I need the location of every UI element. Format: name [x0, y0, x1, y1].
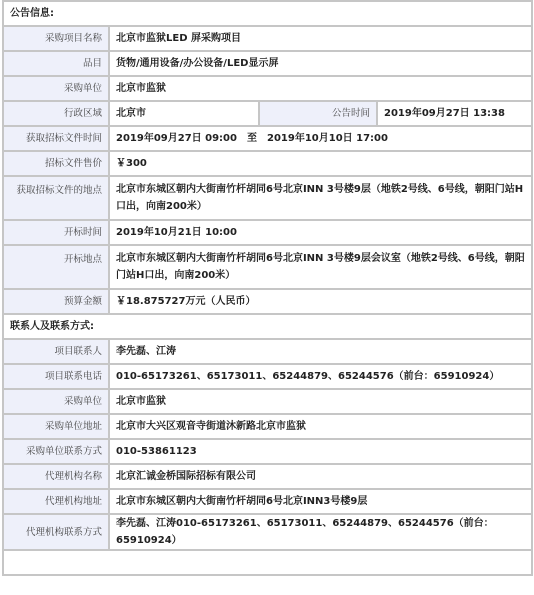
row-project-name: 采购项目名称 北京市监狱LED 屏采购项目: [3, 26, 532, 51]
label-agency-name: 代理机构名称: [3, 464, 109, 489]
row-purchaser-phone: 采购单位联系方式 010-53861123: [3, 439, 532, 464]
section-row-notice: 公告信息:: [3, 1, 532, 26]
label-budget: 预算金额: [3, 289, 109, 314]
row-project-phone: 项目联系电话 010-65173261、65173011、65244879、65…: [3, 364, 532, 389]
label-purchaser: 采购单位: [3, 76, 109, 101]
label-doc-price: 招标文件售价: [3, 151, 109, 176]
trailing-empty-cell: [3, 550, 532, 575]
label-open-time: 开标时间: [3, 220, 109, 245]
value-agency-address: 北京市东城区朝内大街南竹杆胡同6号北京INN3号楼9层: [109, 489, 532, 514]
row-agency-contact: 代理机构联系方式 李先磊、江涛010-65173261、65173011、652…: [3, 514, 532, 550]
label-agency-address: 代理机构地址: [3, 489, 109, 514]
doc-time-end: 2019年10月10日 17:00: [267, 133, 388, 144]
doc-time-start: 2019年09月27日 09:00: [116, 133, 237, 144]
value-agency-name: 北京汇诚金桥国际招标有限公司: [109, 464, 532, 489]
label-region: 行政区域: [3, 101, 109, 126]
value-agency-contact: 李先磊、江涛010-65173261、65173011、65244879、652…: [109, 514, 532, 550]
label-purchaser-address: 采购单位地址: [3, 414, 109, 439]
section-title-notice-info: 公告信息:: [3, 1, 532, 26]
value-project-contact: 李先磊、江涛: [109, 339, 532, 364]
label-category: 品目: [3, 51, 109, 76]
label-agency-contact: 代理机构联系方式: [3, 514, 109, 550]
value-publish-time: 2019年09月27日 13:38: [377, 101, 532, 126]
value-region: 北京市: [109, 101, 259, 126]
row-doc-price: 招标文件售价 ￥300: [3, 151, 532, 176]
row-agency-name: 代理机构名称 北京汇诚金桥国际招标有限公司: [3, 464, 532, 489]
value-open-location: 北京市东城区朝内大街南竹杆胡同6号北京INN 3号楼9层会议室（地铁2号线、6号…: [109, 245, 532, 289]
notice-table: 公告信息: 采购项目名称 北京市监狱LED 屏采购项目 品目 货物/通用设备/办…: [2, 0, 533, 576]
doc-time-separator: 至: [247, 130, 257, 147]
row-doc-location: 获取招标文件的地点 北京市东城区朝内大街南竹杆胡同6号北京INN 3号楼9层（地…: [3, 176, 532, 220]
section-row-contacts: 联系人及联系方式:: [3, 314, 532, 339]
label-contact-purchaser: 采购单位: [3, 389, 109, 414]
row-purchaser: 采购单位 北京市监狱: [3, 76, 532, 101]
row-open-time: 开标时间 2019年10月21日 10:00: [3, 220, 532, 245]
label-project-phone: 项目联系电话: [3, 364, 109, 389]
value-doc-location: 北京市东城区朝内大街南竹杆胡同6号北京INN 3号楼9层（地铁2号线、6号线，朝…: [109, 176, 532, 220]
label-project-name: 采购项目名称: [3, 26, 109, 51]
value-contact-purchaser: 北京市监狱: [109, 389, 532, 414]
row-agency-address: 代理机构地址 北京市东城区朝内大街南竹杆胡同6号北京INN3号楼9层: [3, 489, 532, 514]
label-doc-location: 获取招标文件的地点: [3, 176, 109, 220]
row-doc-time: 获取招标文件时间 2019年09月27日 09:00至2019年10月10日 1…: [3, 126, 532, 151]
row-purchaser-address: 采购单位地址 北京市大兴区观音寺街道沐新路北京市监狱: [3, 414, 532, 439]
value-purchaser-address: 北京市大兴区观音寺街道沐新路北京市监狱: [109, 414, 532, 439]
value-category: 货物/通用设备/办公设备/LED显示屏: [109, 51, 532, 76]
label-project-contact: 项目联系人: [3, 339, 109, 364]
value-budget: ￥18.875727万元（人民币）: [109, 289, 532, 314]
value-doc-time: 2019年09月27日 09:00至2019年10月10日 17:00: [109, 126, 532, 151]
row-budget: 预算金额 ￥18.875727万元（人民币）: [3, 289, 532, 314]
row-category: 品目 货物/通用设备/办公设备/LED显示屏: [3, 51, 532, 76]
row-empty-trailing: [3, 550, 532, 575]
label-purchaser-phone: 采购单位联系方式: [3, 439, 109, 464]
value-project-phone: 010-65173261、65173011、65244879、65244576（…: [109, 364, 532, 389]
value-purchaser-phone: 010-53861123: [109, 439, 532, 464]
row-open-location: 开标地点 北京市东城区朝内大街南竹杆胡同6号北京INN 3号楼9层会议室（地铁2…: [3, 245, 532, 289]
row-region-publish-time: 行政区域 北京市 公告时间 2019年09月27日 13:38: [3, 101, 532, 126]
value-doc-price: ￥300: [109, 151, 532, 176]
value-purchaser: 北京市监狱: [109, 76, 532, 101]
label-publish-time: 公告时间: [259, 101, 377, 126]
label-doc-time: 获取招标文件时间: [3, 126, 109, 151]
value-project-name: 北京市监狱LED 屏采购项目: [109, 26, 532, 51]
label-open-location: 开标地点: [3, 245, 109, 289]
section-title-contacts: 联系人及联系方式:: [3, 314, 532, 339]
value-open-time: 2019年10月21日 10:00: [109, 220, 532, 245]
row-project-contact: 项目联系人 李先磊、江涛: [3, 339, 532, 364]
row-contact-purchaser: 采购单位 北京市监狱: [3, 389, 532, 414]
